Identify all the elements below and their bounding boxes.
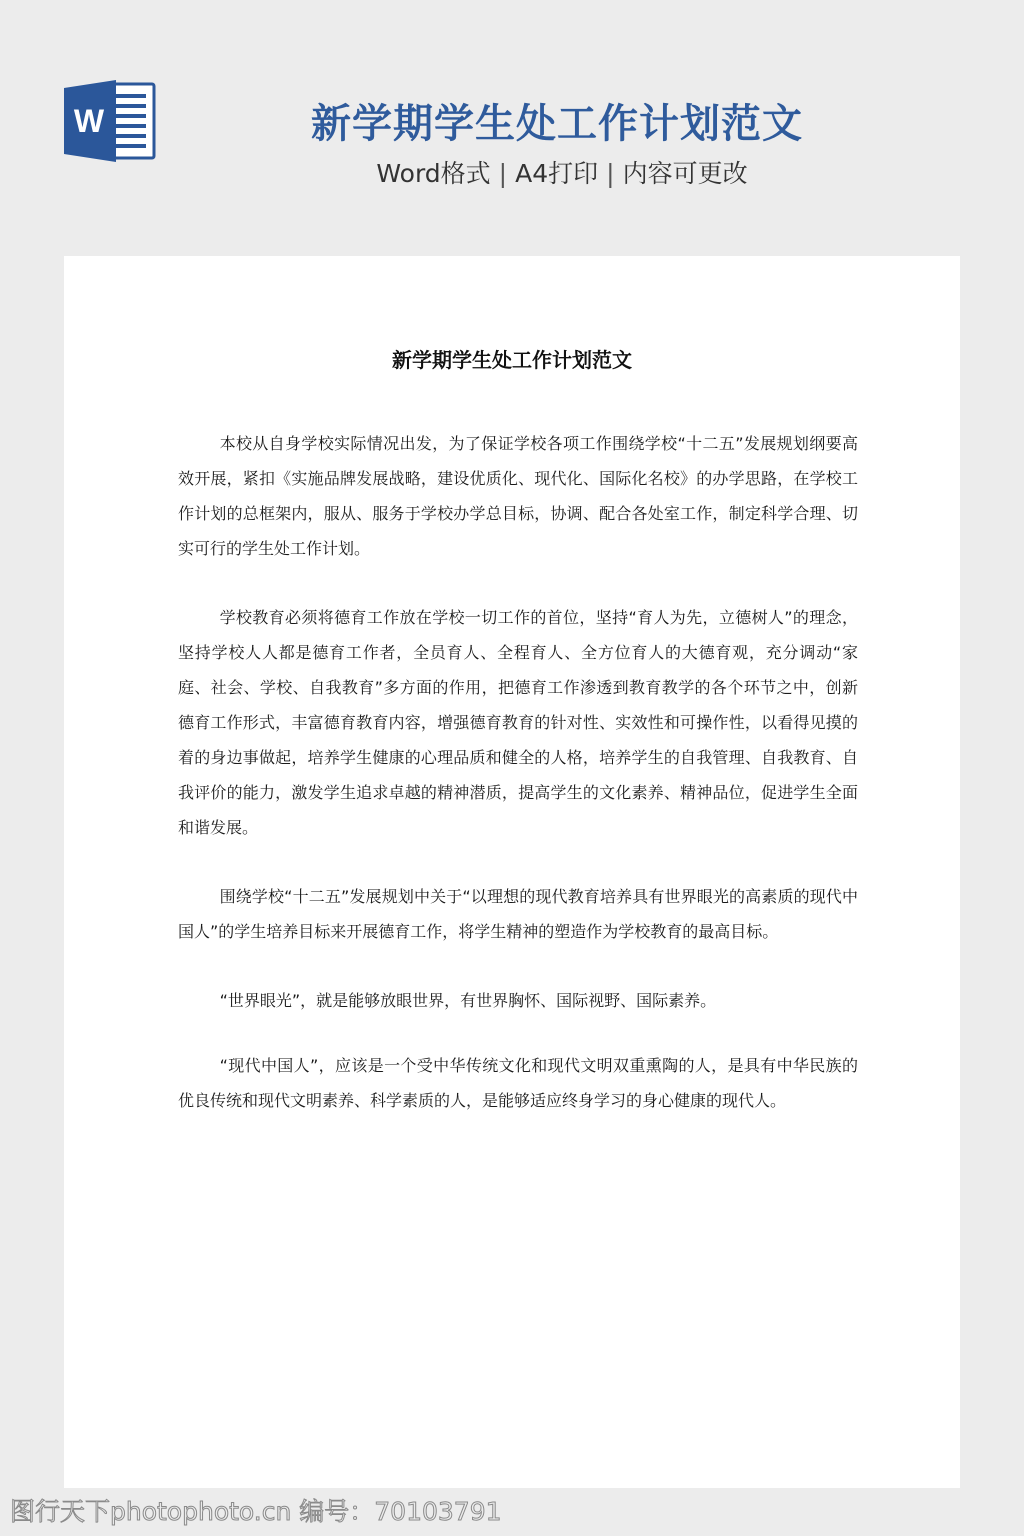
header-banner: W 新学期学生处工作计划范文 Word格式|A4打印|内容可更改 [0, 0, 1024, 256]
paragraph-modern-chinese: “现代中国人”，应该是一个受中华传统文化和现代文明双重熏陶的人，是具有中华民族的… [178, 1048, 858, 1118]
subtitle-format: Word格式 [376, 159, 490, 188]
paragraph-moral-education: 学校教育必须将德育工作放在学校一切工作的首位，坚持“育人为先，立德树人”的理念，… [178, 600, 858, 845]
document-body: 本校从自身学校实际情况出发，为了保证学校各项工作围绕学校“十二五”发展规划纲要高… [178, 426, 858, 1118]
watermark-text: 图行天下photophoto.cn 编号：70103791 [10, 1492, 502, 1528]
banner-subtitle: Word格式|A4打印|内容可更改 [0, 154, 1024, 190]
paragraph-intro: 本校从自身学校实际情况出发，为了保证学校各项工作围绕学校“十二五”发展规划纲要高… [178, 426, 858, 566]
document-title: 新学期学生处工作计划范文 [64, 344, 960, 373]
subtitle-print: A4打印 [515, 159, 598, 188]
paragraph-goal: 围绕学校“十二五”发展规划中关于“以理想的现代教育培养具有世界眼光的高素质的现代… [178, 879, 858, 949]
subtitle-editable: 内容可更改 [623, 159, 748, 188]
banner-title: 新学期学生处工作计划范文 [0, 92, 1024, 149]
subtitle-separator: | [606, 159, 614, 188]
document-page: 新学期学生处工作计划范文 本校从自身学校实际情况出发，为了保证学校各项工作围绕学… [64, 256, 960, 1488]
paragraph-world-vision: “世界眼光”，就是能够放眼世界，有世界胸怀、国际视野、国际素养。 [178, 983, 858, 1018]
subtitle-separator: | [499, 159, 507, 188]
